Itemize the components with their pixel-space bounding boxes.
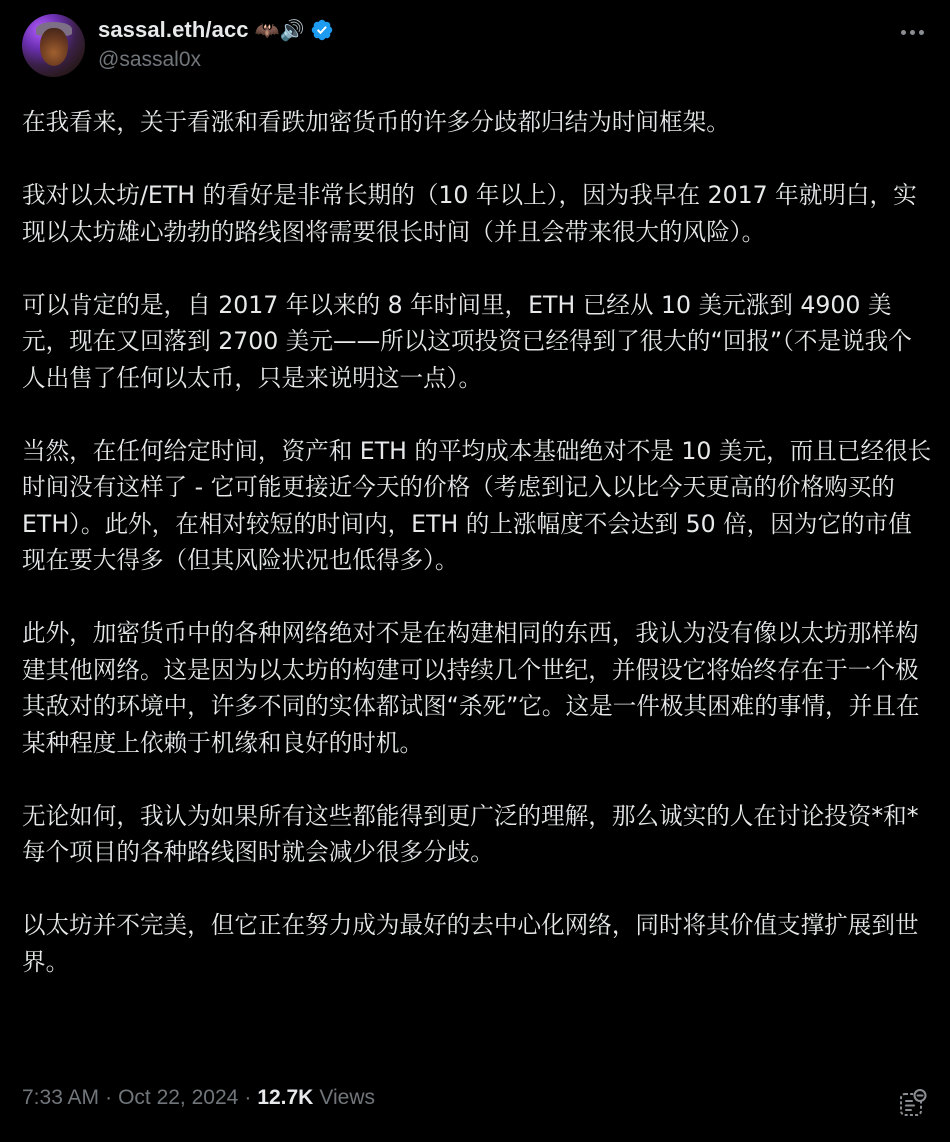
name-emojis: 🦇🔊 [255, 18, 305, 43]
grok-explain-icon[interactable] [898, 1088, 928, 1118]
more-options-icon[interactable] [901, 30, 924, 35]
tweet-time[interactable]: 7:33 AM [22, 1086, 99, 1110]
paragraph: 我对以太坊/ETH 的看好是非常长期的（10 年以上），因为我早在 2017 年… [22, 177, 932, 250]
dot [901, 30, 906, 35]
tweet-header: sassal.eth/acc 🦇🔊 @sassal0x [22, 14, 928, 80]
tweet-date[interactable]: Oct 22, 2024 [118, 1086, 238, 1110]
views-count: 12.7K [257, 1086, 313, 1110]
user-handle[interactable]: @sassal0x [98, 48, 201, 72]
tweet-meta: 7:33 AM · Oct 22, 2024 · 12.7K Views [22, 1086, 375, 1110]
avatar[interactable] [22, 14, 85, 77]
name-row: sassal.eth/acc 🦇🔊 [98, 16, 334, 44]
paragraph: 在我看来，关于看涨和看跌加密货币的许多分歧都归结为时间框架。 [22, 104, 932, 141]
views-label: Views [319, 1086, 375, 1110]
paragraph: 可以肯定的是，自 2017 年以来的 8 年时间里，ETH 已经从 10 美元涨… [22, 287, 932, 397]
paragraph: 以太坊并不完美，但它正在努力成为最好的去中心化网络，同时将其价值支撑扩展到世界。 [22, 907, 932, 980]
verified-badge-icon [310, 18, 334, 42]
separator: · [105, 1086, 112, 1110]
dot [919, 30, 924, 35]
dot [910, 30, 915, 35]
avatar-face [40, 28, 68, 66]
separator: · [244, 1086, 251, 1110]
paragraph: 此外，加密货币中的各种网络绝对不是在构建相同的东西，我认为没有像以太坊那样构建其… [22, 615, 932, 761]
display-name[interactable]: sassal.eth/acc [98, 17, 249, 43]
paragraph: 当然，在任何给定时间，资产和 ETH 的平均成本基础绝对不是 10 美元，而且已… [22, 433, 932, 579]
tweet-text: 在我看来，关于看涨和看跌加密货币的许多分歧都归结为时间框架。 我对以太坊/ETH… [22, 104, 932, 1017]
paragraph: 无论如何，我认为如果所有这些都能得到更广泛的理解，那么诚实的人在讨论投资*和*每… [22, 798, 932, 871]
